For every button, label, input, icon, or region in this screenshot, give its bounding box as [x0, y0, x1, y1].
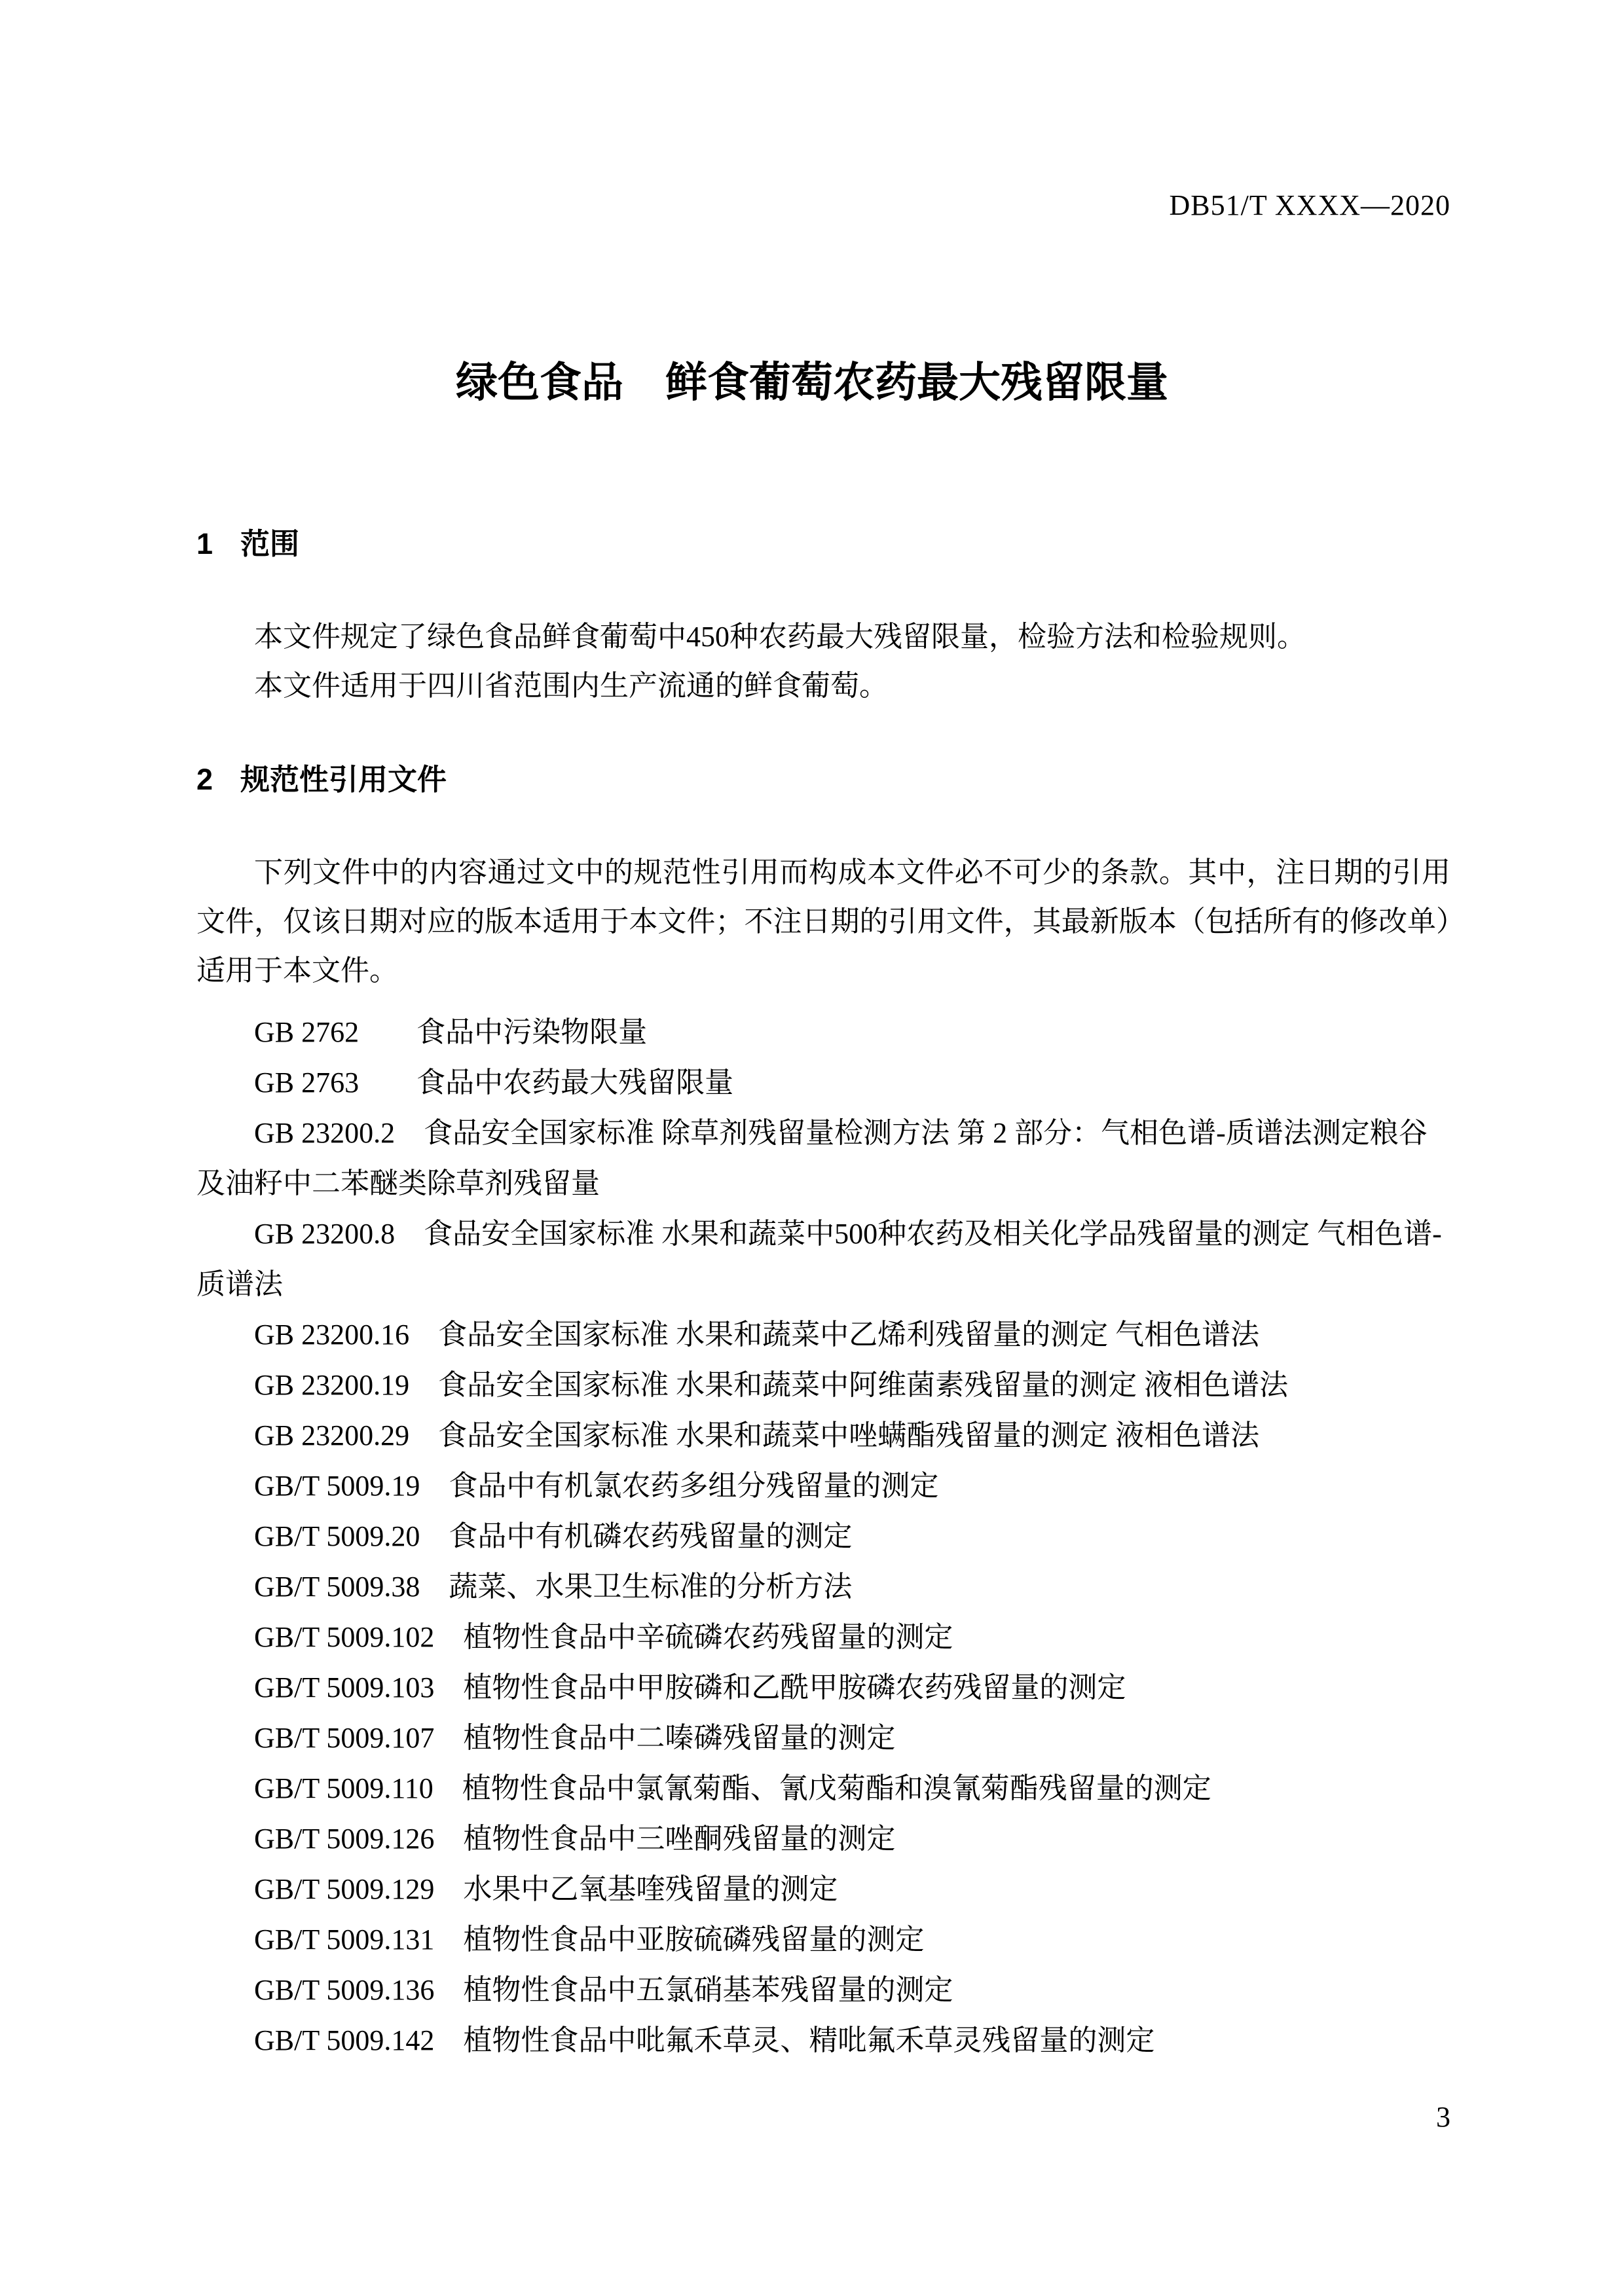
reference-item: GB/T 5009.136 植物性食品中五氯硝基苯残留量的测定: [196, 1965, 1450, 2015]
section-2-heading: 2规范性引用文件: [196, 763, 1450, 796]
reference-item: GB 2762 食品中污染物限量: [196, 1007, 1450, 1057]
reference-item: GB 23200.29 食品安全国家标准 水果和蔬菜中唑螨酯残留量的测定 液相色…: [196, 1410, 1450, 1461]
reference-item: GB 23200.8 食品安全国家标准 水果和蔬菜中500种农药及相关化学品残留…: [196, 1209, 1450, 1259]
reference-item: GB/T 5009.131 植物性食品中亚胺硫磷残留量的测定: [196, 1914, 1450, 1965]
references-intro-block: 下列文件中的内容通过文中的规范性引用而构成本文件必不可少的条款。其中，注日期的引…: [196, 848, 1450, 995]
references-intro-paragraph: 下列文件中的内容通过文中的规范性引用而构成本文件必不可少的条款。其中，注日期的引…: [196, 848, 1450, 995]
reference-item: GB/T 5009.110 植物性食品中氯氰菊酯、氰戊菊酯和溴氰菊酯残留量的测定: [196, 1763, 1450, 1813]
reference-item-continuation: 质谱法: [196, 1259, 1450, 1309]
reference-item-continuation: 及油籽中二苯醚类除草剂残留量: [196, 1158, 1450, 1209]
section-1-title: 范围: [240, 527, 299, 560]
section-1-number: 1: [196, 527, 213, 560]
document-page: DB51/T XXXX—2020 绿色食品 鲜食葡萄农药最大残留限量 1范围 本…: [0, 0, 1624, 2296]
normative-references-list: GB 2762 食品中污染物限量 GB 2763 食品中农药最大残留限量 GB …: [196, 1007, 1450, 2066]
reference-item: GB/T 5009.102 植物性食品中辛硫磷农药残留量的测定: [196, 1612, 1450, 1662]
reference-item: GB 23200.2 食品安全国家标准 除草剂残留量检测方法 第 2 部分：气相…: [196, 1108, 1450, 1158]
reference-item: GB 23200.16 食品安全国家标准 水果和蔬菜中乙烯利残留量的测定 气相色…: [196, 1309, 1450, 1360]
reference-item: GB/T 5009.19 食品中有机氯农药多组分残留量的测定: [196, 1461, 1450, 1511]
page-number: 3: [1436, 2103, 1450, 2132]
reference-item: GB/T 5009.142 植物性食品中吡氟禾草灵、精吡氟禾草灵残留量的测定: [196, 2015, 1450, 2066]
reference-item: GB/T 5009.103 植物性食品中甲胺磷和乙酰甲胺磷农药残留量的测定: [196, 1662, 1450, 1713]
scope-paragraph-2: 本文件适用于四川省范围内生产流通的鲜食葡萄。: [196, 661, 1450, 710]
section-1-heading: 1范围: [196, 528, 1450, 560]
reference-item: GB/T 5009.107 植物性食品中二嗪磷残留量的测定: [196, 1713, 1450, 1763]
section-2-number: 2: [196, 763, 213, 796]
document-title: 绿色食品 鲜食葡萄农药最大残留限量: [0, 361, 1624, 403]
reference-item: GB/T 5009.20 食品中有机磷农药残留量的测定: [196, 1511, 1450, 1561]
reference-item: GB/T 5009.38 蔬菜、水果卫生标准的分析方法: [196, 1561, 1450, 1612]
scope-paragraphs: 本文件规定了绿色食品鲜食葡萄中450种农药最大残留限量，检验方法和检验规则。 本…: [196, 612, 1450, 710]
standard-number-header: DB51/T XXXX—2020: [1169, 191, 1450, 220]
section-2-title: 规范性引用文件: [240, 763, 447, 796]
reference-item: GB 23200.19 食品安全国家标准 水果和蔬菜中阿维菌素残留量的测定 液相…: [196, 1360, 1450, 1410]
reference-item: GB/T 5009.126 植物性食品中三唑酮残留量的测定: [196, 1813, 1450, 1864]
reference-item: GB 2763 食品中农药最大残留限量: [196, 1057, 1450, 1108]
scope-paragraph-1: 本文件规定了绿色食品鲜食葡萄中450种农药最大残留限量，检验方法和检验规则。: [196, 612, 1450, 661]
reference-item: GB/T 5009.129 水果中乙氧基喹残留量的测定: [196, 1864, 1450, 1914]
